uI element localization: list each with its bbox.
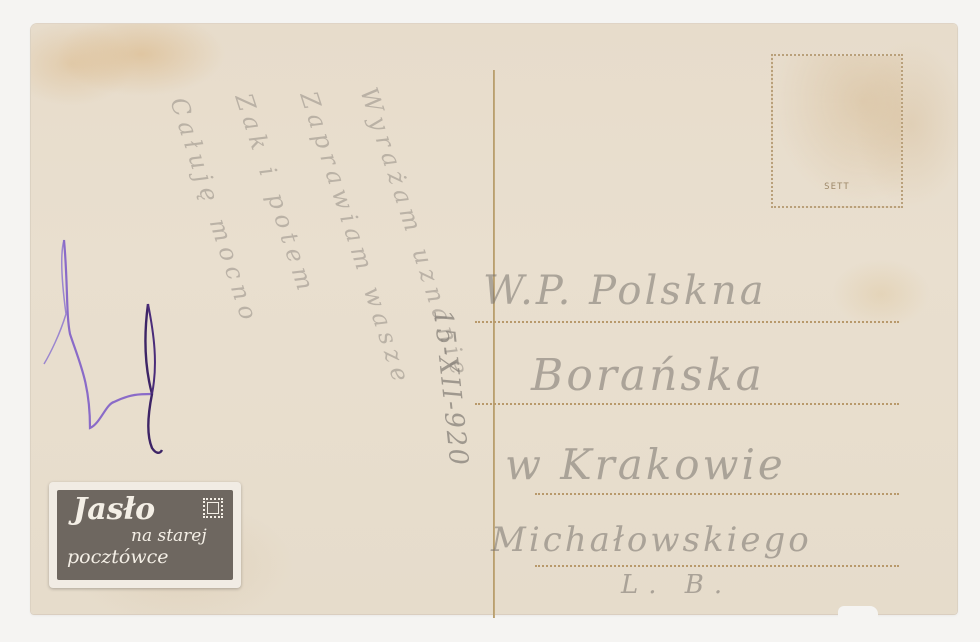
address-line-4 — [535, 565, 899, 567]
address-footer: L. B. — [621, 570, 732, 600]
address-line-3 — [535, 493, 899, 495]
signature-mark — [40, 234, 170, 464]
stamp-box-label: SETT — [773, 182, 901, 192]
address-street-name: Borańska — [531, 350, 765, 401]
address-line-2 — [475, 403, 899, 405]
stamp-icon — [203, 498, 223, 518]
message-line-2: Zaprawiam wasze — [294, 88, 416, 391]
address-recipient: W.P. Polskna — [483, 268, 767, 314]
stamp-box: SETT — [771, 54, 903, 208]
address-street: Michałowskiego — [491, 520, 812, 560]
watermark-logo: Jasło na starej pocztówce — [49, 482, 241, 588]
watermark-subtitle-1: na starej — [131, 526, 207, 546]
torn-edge — [838, 606, 878, 618]
address-city: w Krakowie — [505, 440, 786, 489]
address-line-1 — [475, 321, 899, 323]
watermark-plate: Jasło na starej pocztówce — [57, 490, 233, 580]
watermark-title: Jasło — [73, 492, 155, 527]
watermark-subtitle-2: pocztówce — [67, 546, 168, 568]
